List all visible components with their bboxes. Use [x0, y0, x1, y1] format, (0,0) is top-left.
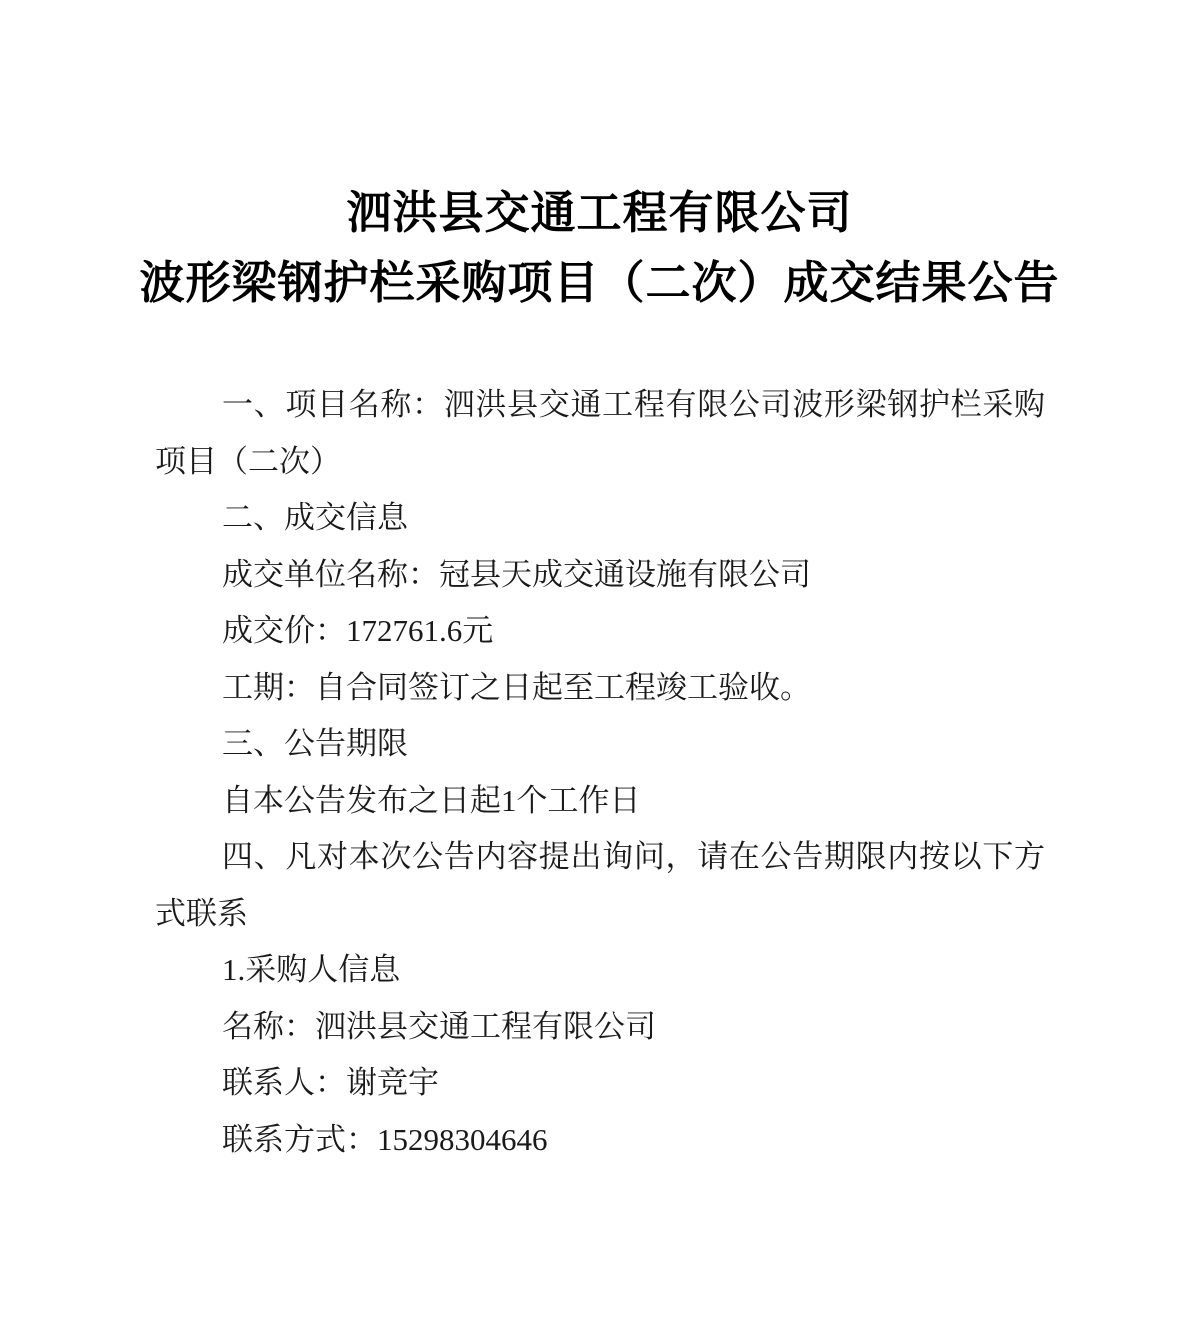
deal-price-line: 成交价：172761.6元: [155, 603, 1045, 660]
deal-info-heading: 二、成交信息: [155, 490, 1045, 547]
project-name-line-2: 项目（二次）: [155, 434, 1045, 491]
document-body: 一、项目名称：泗洪县交通工程有限公司波形梁钢护栏采购 项目（二次） 二、成交信息…: [155, 377, 1045, 1168]
inquiry-instruction-line-2: 式联系: [155, 886, 1045, 943]
winning-supplier-line: 成交单位名称：冠县天成交通设施有限公司: [155, 547, 1045, 604]
title-announcement-name: 波形梁钢护栏采购项目（二次）成交结果公告: [0, 248, 1199, 318]
announcement-period-line: 自本公告发布之日起1个工作日: [155, 773, 1045, 830]
title-company-name: 泗洪县交通工程有限公司: [0, 178, 1199, 248]
purchaser-name-line: 名称：泗洪县交通工程有限公司: [155, 999, 1045, 1056]
document-title: 泗洪县交通工程有限公司 波形梁钢护栏采购项目（二次）成交结果公告: [0, 178, 1199, 318]
project-name-line-1: 一、项目名称：泗洪县交通工程有限公司波形梁钢护栏采购: [155, 377, 1045, 434]
construction-period-line: 工期：自合同签订之日起至工程竣工验收。: [155, 660, 1045, 717]
announcement-document-page: 泗洪县交通工程有限公司 波形梁钢护栏采购项目（二次）成交结果公告 一、项目名称：…: [0, 0, 1199, 1322]
contact-person-line: 联系人：谢竞宇: [155, 1055, 1045, 1112]
announcement-period-heading: 三、公告期限: [155, 716, 1045, 773]
inquiry-instruction-line-1: 四、凡对本次公告内容提出询问，请在公告期限内按以下方: [155, 829, 1045, 886]
contact-phone-line: 联系方式：15298304646: [155, 1112, 1045, 1169]
purchaser-info-heading: 1.采购人信息: [155, 942, 1045, 999]
